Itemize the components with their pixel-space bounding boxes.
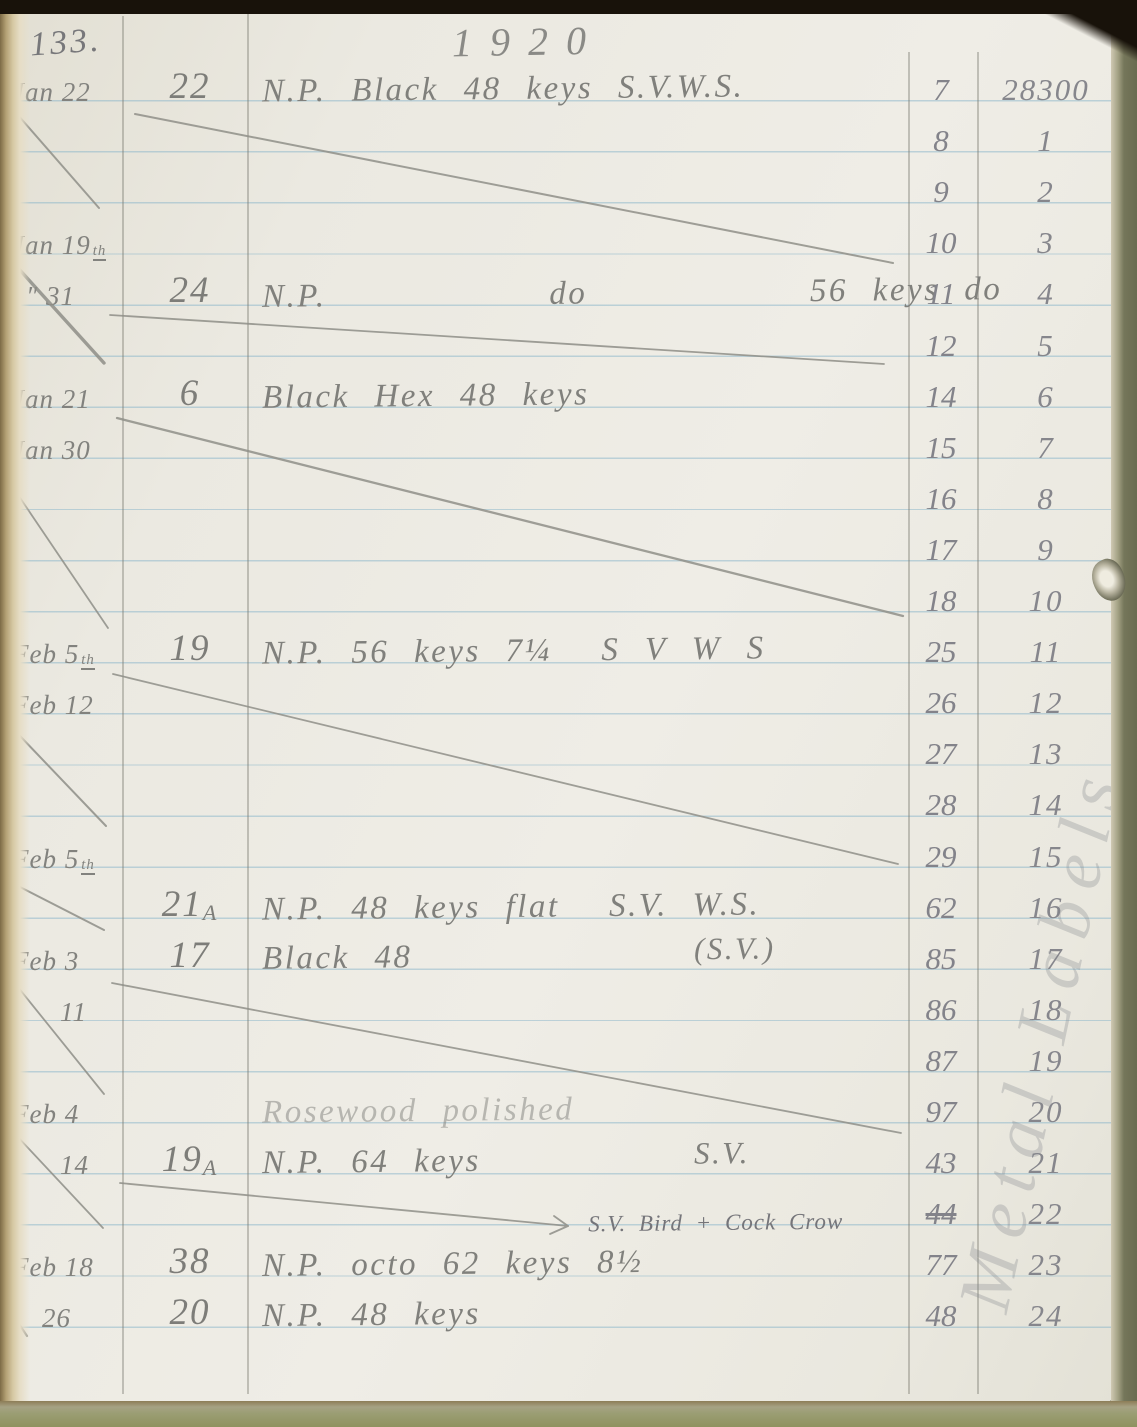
book-binding-edge [0, 0, 30, 1427]
ledger-photo: 133. 1920 Jan 22Jan 19th″ 31Jan 21Jan 30… [0, 0, 1137, 1427]
page-bottom-edge [0, 1401, 1137, 1427]
page-right-edge [1111, 0, 1137, 1427]
photo-top-border [0, 0, 1137, 14]
pencil-strokes [0, 6, 1137, 1427]
ledger-page: 133. 1920 Jan 22Jan 19th″ 31Jan 21Jan 30… [0, 6, 1114, 1408]
photo-top-right-corner [1017, 0, 1137, 62]
